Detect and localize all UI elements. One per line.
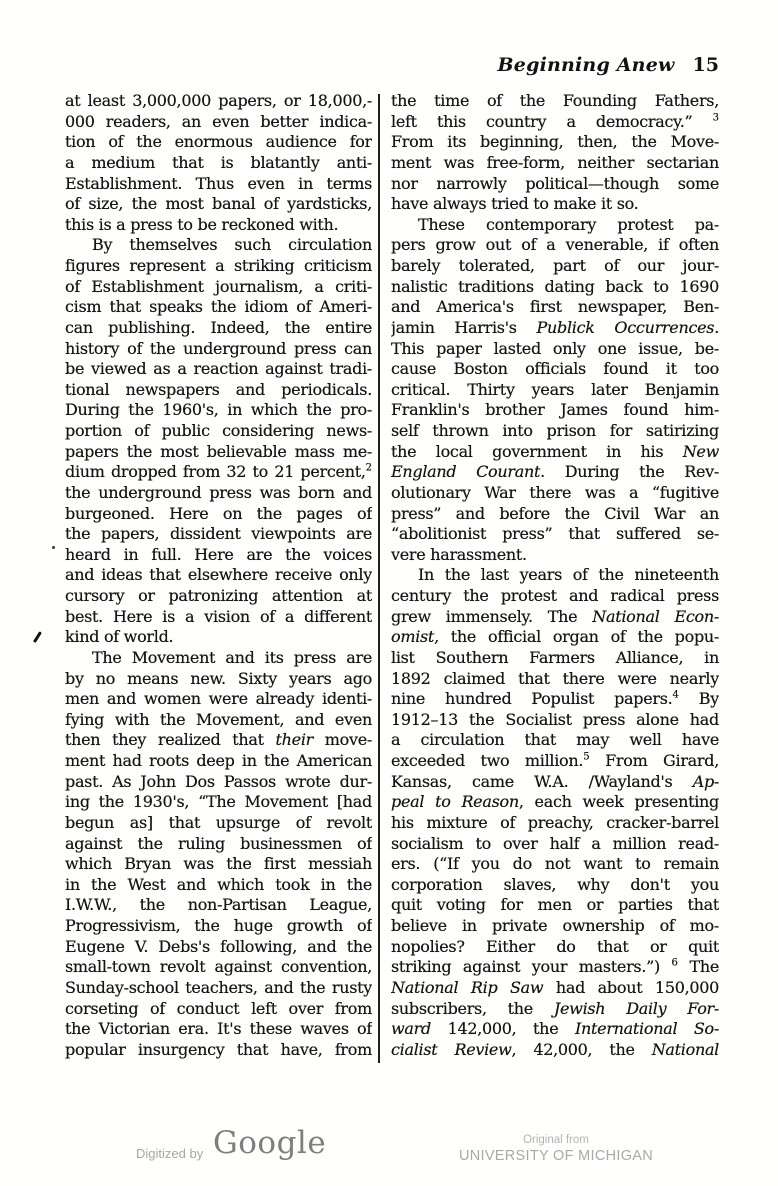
text-line: tional newspapers and periodicals.: [65, 380, 372, 401]
text-line: Establishment. Thus even in terms: [65, 174, 372, 195]
text-line: men and women were already identi-: [65, 689, 372, 710]
text-line: Progressivism, the huge growth of: [65, 916, 372, 937]
text-line: socialism to over half a million read-: [391, 834, 719, 855]
text-line: at least 3,000,000 papers, or 18,000,-: [65, 91, 372, 112]
text-line: the underground press was born and: [65, 483, 372, 504]
text-line: be viewed as a reaction against tradi-: [65, 359, 372, 380]
text-line: dium dropped from 32 to 21 percent,2: [65, 462, 372, 483]
text-line: figures represent a striking criticism: [65, 256, 372, 277]
text-line: past. As John Dos Passos wrote dur-: [65, 772, 372, 793]
text-line: best. Here is a vision of a different: [65, 607, 372, 628]
text-line: heard in full. Here are the voices: [65, 545, 372, 566]
text-line: By themselves such circulation: [65, 235, 372, 256]
ink-dot-artifact: [52, 546, 55, 549]
text-line: 000 readers, an even better indica-: [65, 112, 372, 133]
text-line: the local government in his New: [391, 442, 719, 463]
text-line: papers the most believable mass me-: [65, 442, 372, 463]
text-line: striking against your masters.”) 6 The: [391, 957, 719, 978]
text-line: I.W.W., the non-Partisan League,: [65, 895, 372, 916]
text-line: critical. Thirty years later Benjamin: [391, 380, 719, 401]
text-line: The Movement and its press are: [65, 648, 372, 669]
text-line: cause Boston officials found it too: [391, 359, 719, 380]
text-line: ers. (“If you do not want to remain: [391, 854, 719, 875]
text-line: in the West and which took in the: [65, 875, 372, 896]
text-line: the time of the Founding Fathers,: [391, 91, 719, 112]
text-line: nalistic traditions dating back to 1690: [391, 277, 719, 298]
text-line: Kansas, came W.A. /Wayland's Ap-: [391, 772, 719, 793]
text-line: England Courant. During the Rev-: [391, 462, 719, 483]
text-line: and America's first newspaper, Ben-: [391, 297, 719, 318]
text-line: kind of world.: [65, 627, 372, 648]
text-line: press” and before the Civil War an: [391, 504, 719, 525]
text-line: the papers, dissident viewpoints are: [65, 524, 372, 545]
text-line: ing the 1930's, “The Movement [had: [65, 792, 372, 813]
text-line: ward 142,000, the International So-: [391, 1019, 719, 1040]
text-line: of Establishment journalism, a criti-: [65, 277, 372, 298]
text-line: history of the underground press can: [65, 339, 372, 360]
text-line: can publishing. Indeed, the entire: [65, 318, 372, 339]
text-line: In the last years of the nineteenth: [391, 565, 719, 586]
text-line: grew immensely. The National Econ-: [391, 607, 719, 628]
text-line: popular insurgency that have, from: [65, 1040, 372, 1061]
text-line: From its beginning, then, the Move-: [391, 132, 719, 153]
page-number: 15: [693, 54, 719, 76]
text-line: This paper lasted only one issue, be-: [391, 339, 719, 360]
digitized-by-label: Digitized by: [136, 1146, 203, 1161]
page-header: Beginning Anew15: [498, 54, 719, 76]
text-line: of size, the most banal of yardsticks,: [65, 194, 372, 215]
text-line: nine hundred Populist papers.4 By: [391, 689, 719, 710]
text-line: left this country a democracy.” 3: [391, 112, 719, 133]
text-line: subscribers, the Jewish Daily For-: [391, 999, 719, 1020]
text-line: During the 1960's, in which the pro-: [65, 400, 372, 421]
text-line: a medium that is blatantly anti-: [65, 153, 372, 174]
text-line: burgeoned. Here on the pages of: [65, 504, 372, 525]
text-line: believe in private ownership of mo-: [391, 916, 719, 937]
text-line: small-town revolt against convention,: [65, 957, 372, 978]
text-line: the Victorian era. It's these waves of: [65, 1019, 372, 1040]
text-line: pers grow out of a venerable, if often: [391, 235, 719, 256]
right-text-column: the time of the Founding Fathers,left th…: [391, 91, 719, 1060]
text-line: tion of the enormous audience for: [65, 132, 372, 153]
text-line: peal to Reason, each week presenting: [391, 792, 719, 813]
text-line: fying with the Movement, and even: [65, 710, 372, 731]
text-line: omist, the official organ of the popu-: [391, 627, 719, 648]
text-line: 1892 claimed that there were nearly: [391, 669, 719, 690]
text-line: olutionary War there was a “fugitive: [391, 483, 719, 504]
google-logo: Google: [213, 1125, 326, 1161]
text-line: “abolitionist press” that suffered se-: [391, 524, 719, 545]
text-line: vere harassment.: [391, 545, 719, 566]
text-line: cursory or patronizing attention at: [65, 586, 372, 607]
text-line: Franklin's brother James found him-: [391, 400, 719, 421]
text-line: begun as] that upsurge of revolt: [65, 813, 372, 834]
text-line: this is a press to be reckoned with.: [65, 215, 372, 236]
column-divider-rule: [378, 94, 380, 1063]
text-line: cism that speaks the idiom of Ameri-: [65, 297, 372, 318]
text-line: barely tolerated, part of our jour-: [391, 256, 719, 277]
text-line: These contemporary protest pa-: [391, 215, 719, 236]
text-line: ment was free-form, neither sectarian: [391, 153, 719, 174]
text-line: Sunday-school teachers, and the rusty: [65, 978, 372, 999]
text-line: have always tried to make it so.: [391, 194, 719, 215]
text-line: jamin Harris's Publick Occurrences.: [391, 318, 719, 339]
text-line: self thrown into prison for satirizing: [391, 421, 719, 442]
pen-stroke-artifact: [33, 631, 42, 643]
text-line: ment had roots deep in the American: [65, 751, 372, 772]
scanned-book-page: Beginning Anew15 at least 3,000,000 pape…: [0, 0, 778, 1186]
text-line: which Bryan was the first messiah: [65, 854, 372, 875]
text-line: quit voting for men or parties that: [391, 895, 719, 916]
text-line: century the protest and radical press: [391, 586, 719, 607]
text-line: nopolies? Either do that or quit: [391, 937, 719, 958]
text-line: nor narrowly political—though some: [391, 174, 719, 195]
text-line: by no means new. Sixty years ago: [65, 669, 372, 690]
running-head-title: Beginning Anew: [498, 54, 675, 76]
text-line: his mixture of preachy, cracker-barrel: [391, 813, 719, 834]
text-line: exceeded two million.5 From Girard,: [391, 751, 719, 772]
text-line: cialist Review, 42,000, the National: [391, 1040, 719, 1061]
text-line: National Rip Saw had about 150,000: [391, 978, 719, 999]
text-line: corseting of conduct left over from: [65, 999, 372, 1020]
provenance-note: Original from UNIVERSITY OF MICHIGAN: [458, 1134, 654, 1164]
original-from-label: Original from: [458, 1134, 654, 1146]
text-line: list Southern Farmers Alliance, in: [391, 648, 719, 669]
text-line: against the ruling businessmen of: [65, 834, 372, 855]
text-line: corporation slaves, why don't you: [391, 875, 719, 896]
text-line: Eugene V. Debs's following, and the: [65, 937, 372, 958]
text-line: portion of public considering news-: [65, 421, 372, 442]
text-line: 1912–13 the Socialist press alone had: [391, 710, 719, 731]
institution-label: UNIVERSITY OF MICHIGAN: [458, 1148, 654, 1164]
text-line: then they realized that their move-: [65, 730, 372, 751]
text-line: and ideas that elsewhere receive only: [65, 565, 372, 586]
text-line: a circulation that may well have: [391, 730, 719, 751]
left-text-column: at least 3,000,000 papers, or 18,000,-00…: [65, 91, 372, 1060]
